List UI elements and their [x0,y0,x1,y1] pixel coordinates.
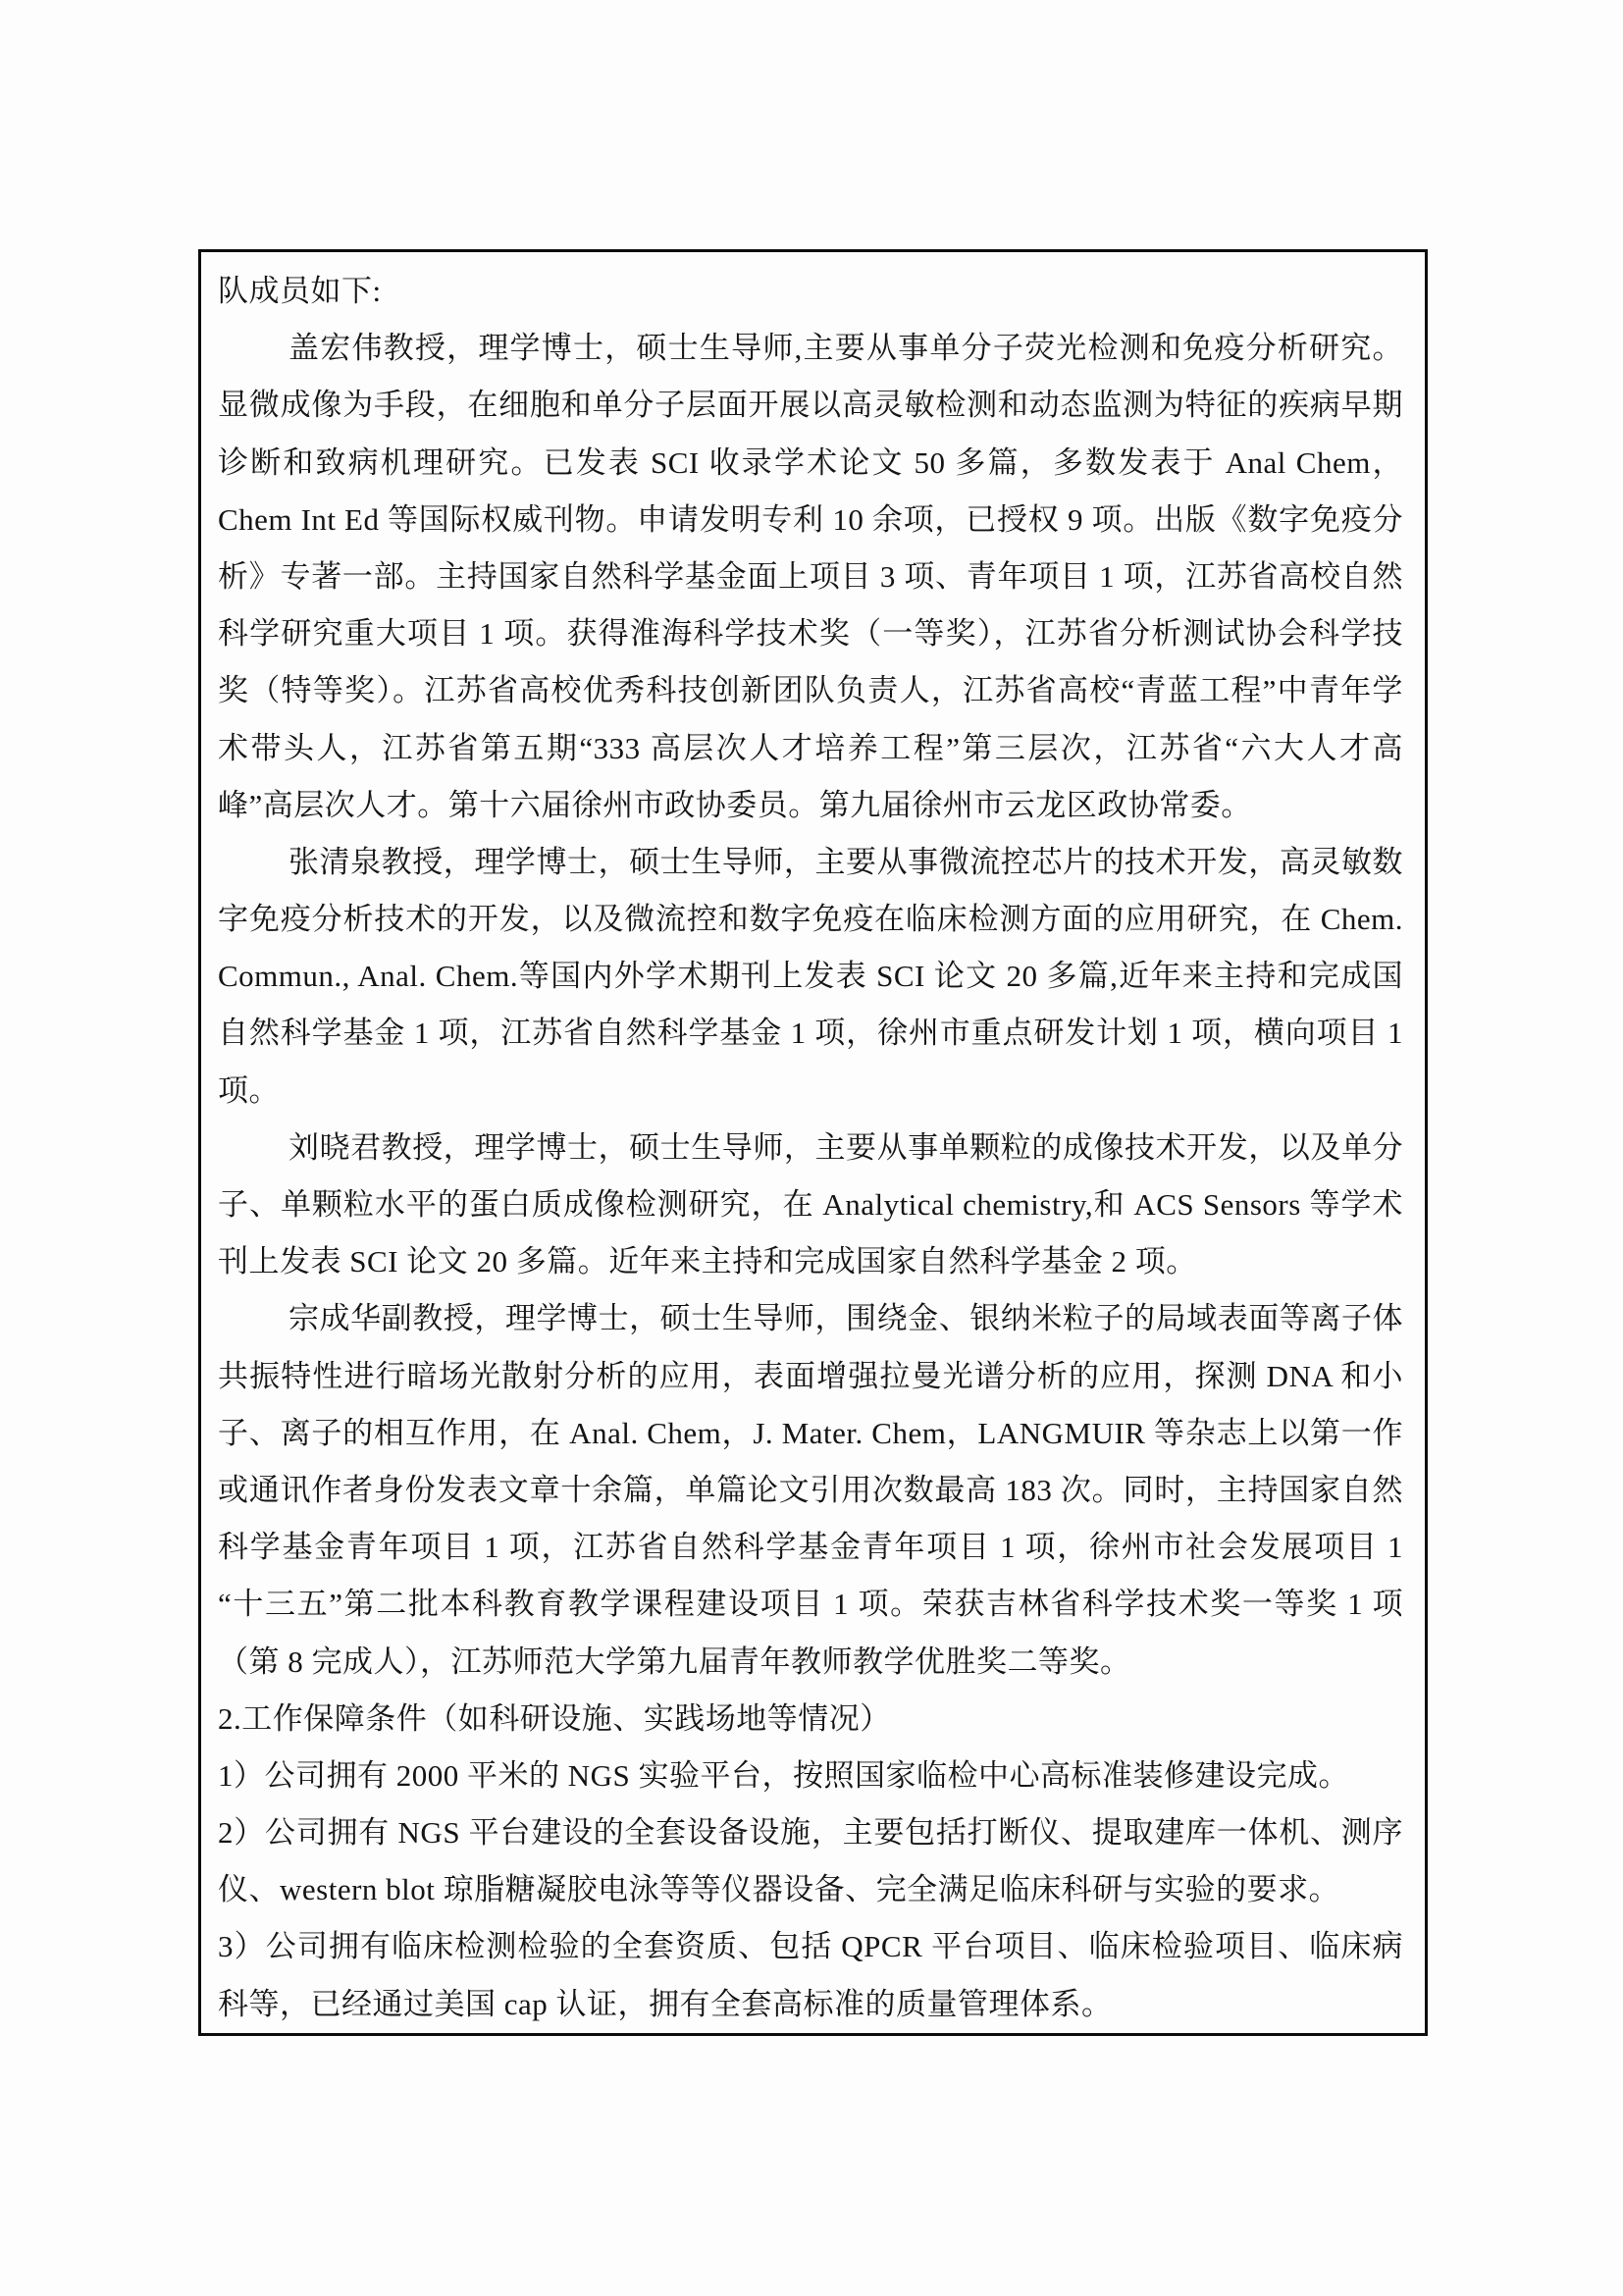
text-line: Commun., Anal. Chem.等国内外学术期刊上发表 SCI 论文 2… [218,948,1403,1005]
text-line: 诊断和致病机理研究。已发表 SCI 收录学术论文 50 多篇，多数发表于 Ana… [218,435,1403,492]
text-line: 科学基金青年项目 1 项，江苏省自然科学基金青年项目 1 项，徐州市社会发展项目… [218,1519,1403,1576]
text-line: 术带头人，江苏省第五期“333 高层次人才培养工程”第三层次，江苏省“六大人才高 [218,720,1403,777]
text-line: 仪、western blot 琼脂糖凝胶电泳等等仪器设备、完全满足临床科研与实验… [218,1861,1403,1918]
text-line: （第 8 完成人），江苏师范大学第九届青年教师教学优胜奖二等奖。 [218,1634,1403,1691]
text-line: 盖宏伟教授，理学博士，硕士生导师,主要从事单分子荧光检测和免疫分析研究。以 [218,320,1403,377]
text-line: Chem Int Ed 等国际权威刊物。申请发明专利 10 余项，已授权 9 项… [218,492,1403,548]
text-line: 1）公司拥有 2000 平米的 NGS 实验平台，按照国家临检中心高标准装修建设… [218,1748,1403,1804]
text-line: 子、单颗粒水平的蛋白质成像检测研究，在 Analytical chemistry… [218,1176,1403,1233]
text-line: 字免疫分析技术的开发，以及微流控和数字免疫在临床检测方面的应用研究，在 Chem… [218,891,1403,948]
text-line: 奖（特等奖）。江苏省高校优秀科技创新团队负责人，江苏省高校“青蓝工程”中青年学 [218,662,1403,719]
text-line: “十三五”第二批本科教育教学课程建设项目 1 项。荣获吉林省科学技术奖一等奖 1… [218,1576,1403,1633]
text-line: 3）公司拥有临床检测检验的全套资质、包括 QPCR 平台项目、临床检验项目、临床… [218,1918,1403,1975]
text-line: 析》专著一部。主持国家自然科学基金面上项目 3 项、青年项目 1 项，江苏省高校… [218,548,1403,605]
text-line: 项。 [218,1063,1403,1120]
text-line: 共振特性进行暗场光散射分析的应用，表面增强拉曼光谱分析的应用，探测 DNA 和小… [218,1348,1403,1405]
text-line: 宗成华副教授，理学博士，硕士生导师，围绕金、银纳米粒子的局域表面等离子体 [218,1290,1403,1347]
text-line: 刊上发表 SCI 论文 20 多篇。近年来主持和完成国家自然科学基金 2 项。 [218,1233,1403,1290]
text-line: 或通讯作者身份发表文章十余篇，单篇论文引用次数最高 183 次。同时，主持国家自… [218,1462,1403,1519]
text-line: 2.工作保障条件（如科研设施、实践场地等情况） [218,1691,1403,1748]
document-body: 队成员如下:盖宏伟教授，理学博士，硕士生导师,主要从事单分子荧光检测和免疫分析研… [201,252,1425,2033]
text-line: 科学研究重大项目 1 项。获得淮海科学技术奖（一等奖），江苏省分析测试协会科学技… [218,605,1403,662]
page: 队成员如下:盖宏伟教授，理学博士，硕士生导师,主要从事单分子荧光检测和免疫分析研… [0,0,1623,2296]
text-line: 科等，已经通过美国 cap 认证，拥有全套高标准的质量管理体系。 [218,1976,1403,2033]
text-line: 自然科学基金 1 项，江苏省自然科学基金 1 项，徐州市重点研发计划 1 项，横… [218,1005,1403,1062]
text-line: 刘晓君教授，理学博士，硕士生导师，主要从事单颗粒的成像技术开发，以及单分 [218,1120,1403,1176]
text-line: 显微成像为手段，在细胞和单分子层面开展以高灵敏检测和动态监测为特征的疾病早期 [218,377,1403,434]
text-line: 子、离子的相互作用，在 Anal. Chem，J. Mater. Chem，LA… [218,1405,1403,1462]
text-line: 峰”高层次人才。第十六届徐州市政协委员。第九届徐州市云龙区政协常委。 [218,777,1403,834]
text-line: 队成员如下: [218,263,1403,320]
text-line: 张清泉教授，理学博士，硕士生导师，主要从事微流控芯片的技术开发，高灵敏数 [218,834,1403,891]
document-frame: 队成员如下:盖宏伟教授，理学博士，硕士生导师,主要从事单分子荧光检测和免疫分析研… [198,249,1428,2036]
text-line: 2）公司拥有 NGS 平台建设的全套设备设施，主要包括打断仪、提取建库一体机、测… [218,1804,1403,1861]
